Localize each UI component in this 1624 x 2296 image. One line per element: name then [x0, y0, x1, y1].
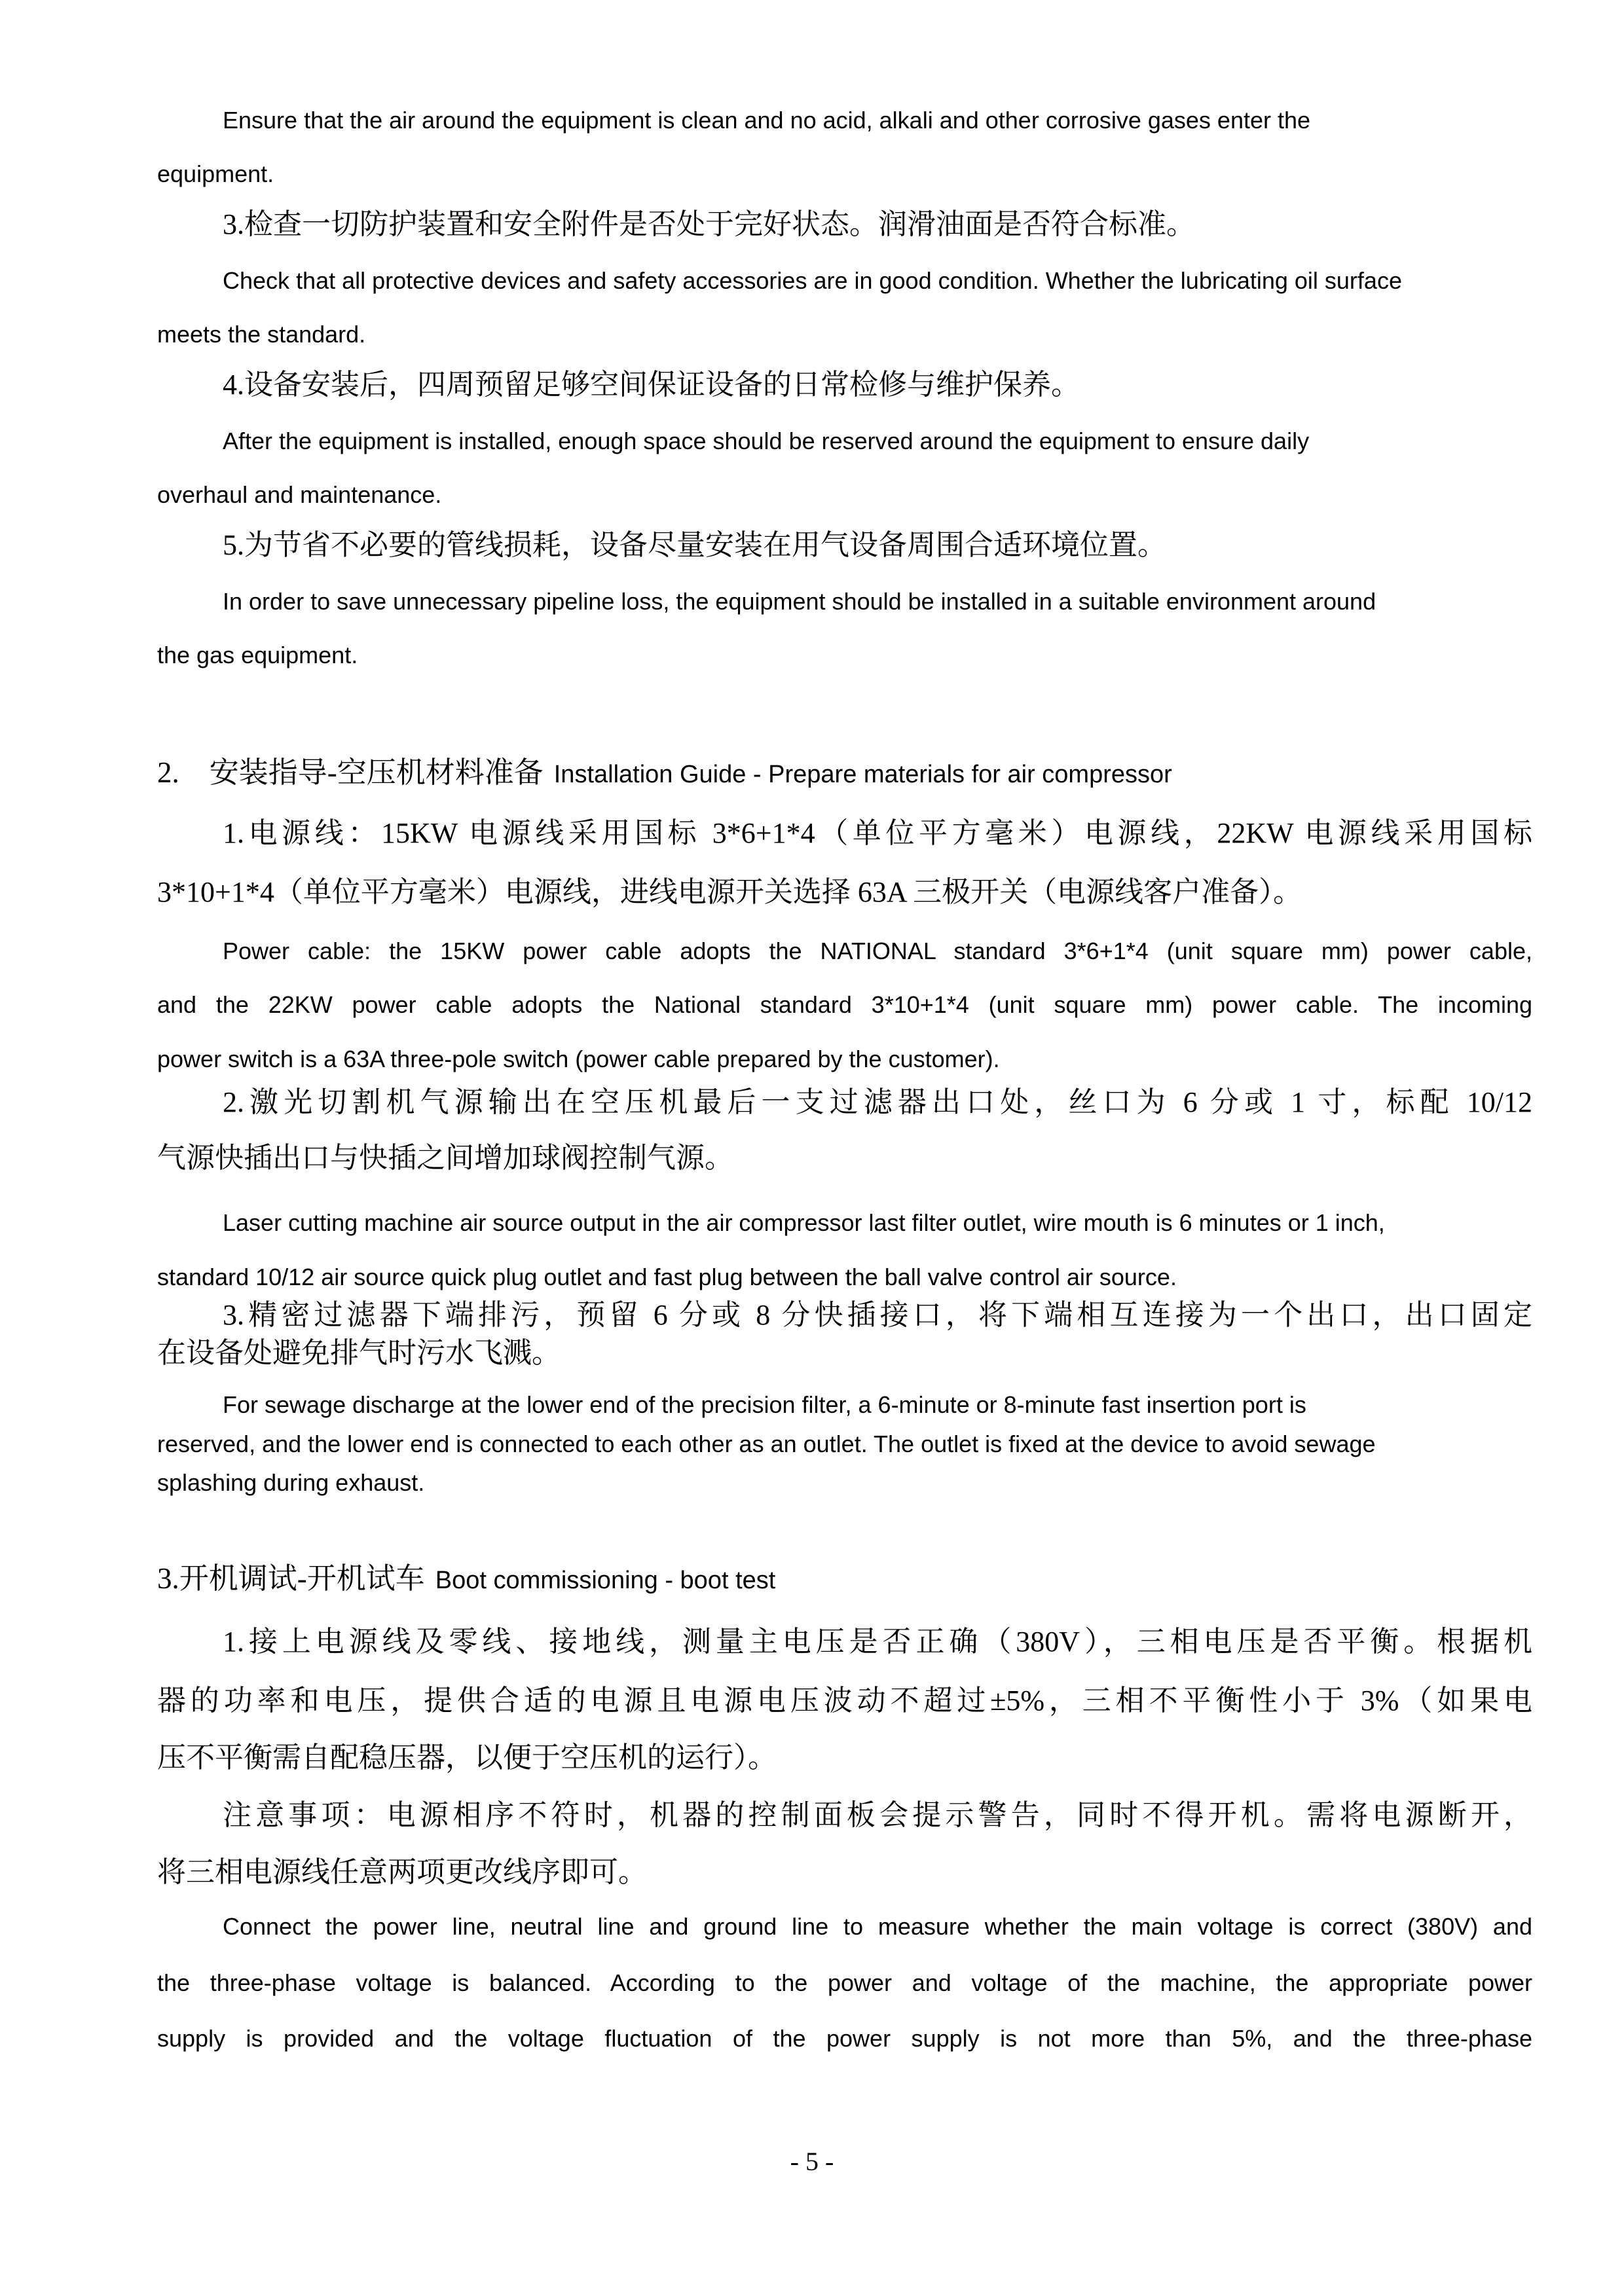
text-line: 将三相电源线任意两项更改线序即可。	[157, 1856, 647, 1889]
text-line: the three-phase voltage is balanced. Acc…	[157, 1969, 1532, 1996]
text-line: 3*10+1*4（单位平方毫米）电源线，进线电源开关选择 63A 三极开关（电源…	[157, 876, 1302, 909]
text-line: Connect the power line, neutral line and…	[223, 1913, 1532, 1940]
section-title-english: Installation Guide - Prepare materials f…	[554, 761, 1172, 788]
text-line: the gas equipment.	[157, 642, 358, 668]
text-line: 压不平衡需自配稳压器，以便于空压机的运行）。	[157, 1741, 777, 1775]
text-line: In order to save unnecessary pipeline lo…	[223, 588, 1376, 615]
section-title-chinese: 3.开机调试-开机试车	[157, 1562, 425, 1595]
text-line: power switch is a 63A three-pole switch …	[157, 1046, 1000, 1072]
page-number: - 5 -	[0, 2146, 1624, 2177]
text-line: Ensure that the air around the equipment…	[223, 107, 1310, 134]
text-line: Power cable: the 15KW power cable adopts…	[223, 938, 1532, 964]
text-line: 2.激光切割机气源输出在空压机最后一支过滤器出口处，丝口为 6 分或 1 寸，标…	[223, 1086, 1532, 1120]
text-line: overhaul and maintenance.	[157, 481, 441, 508]
section-number: 2.	[157, 756, 179, 789]
text-line: equipment.	[157, 160, 274, 187]
section-heading-3: 3.开机调试-开机试车Boot commissioning - boot tes…	[157, 1562, 775, 1596]
text-line: splashing during exhaust.	[157, 1469, 424, 1496]
text-line: 3.精密过滤器下端排污，预留 6 分或 8 分快插接口，将下端相互连接为一个出口…	[223, 1299, 1532, 1332]
text-line: 在设备处避免排气时污水飞溅。	[157, 1337, 561, 1370]
text-line: For sewage discharge at the lower end of…	[223, 1391, 1306, 1418]
text-line: Laser cutting machine air source output …	[223, 1209, 1385, 1236]
text-line: supply is provided and the voltage fluct…	[157, 2025, 1532, 2052]
text-line: 4.设备安装后，四周预留足够空间保证设备的日常检修与维护保养。	[223, 369, 1080, 402]
text-line: standard 10/12 air source quick plug out…	[157, 1264, 1177, 1290]
text-line: 器的功率和电压，提供合适的电源且电源电压波动不超过±5%，三相不平衡性小于 3%…	[157, 1685, 1532, 1718]
text-line: reserved, and the lower end is connected…	[157, 1430, 1376, 1457]
text-line: meets the standard.	[157, 321, 365, 348]
text-line: 气源快插出口与快插之间增加球阀控制气源。	[157, 1142, 733, 1175]
section-heading-2: 2.安装指导-空压机材料准备Installation Guide - Prepa…	[157, 756, 1172, 790]
document-page: Ensure that the air around the equipment…	[0, 0, 1624, 2296]
text-line: 注意事项：电源相序不符时，机器的控制面板会提示警告，同时不得开机。需将电源断开，	[223, 1799, 1532, 1832]
text-line: 5.为节省不必要的管线损耗，设备尽量安装在用气设备周围合适环境位置。	[223, 529, 1166, 562]
text-line: After the equipment is installed, enough…	[223, 428, 1309, 454]
text-line: 1.电源线：15KW 电源线采用国标 3*6+1*4（单位平方毫米）电源线，22…	[223, 817, 1532, 850]
text-line: 3.检查一切防护装置和安全附件是否处于完好状态。润滑油面是否符合标准。	[223, 208, 1195, 242]
text-line: 1.接上电源线及零线、接地线，测量主电压是否正确（380V），三相电压是否平衡。…	[223, 1626, 1532, 1659]
text-line: Check that all protective devices and sa…	[223, 267, 1402, 294]
text-line: and the 22KW power cable adopts the Nati…	[157, 991, 1532, 1018]
section-title-english: Boot commissioning - boot test	[435, 1567, 776, 1594]
section-title-chinese: 安装指导-空压机材料准备	[210, 756, 544, 789]
